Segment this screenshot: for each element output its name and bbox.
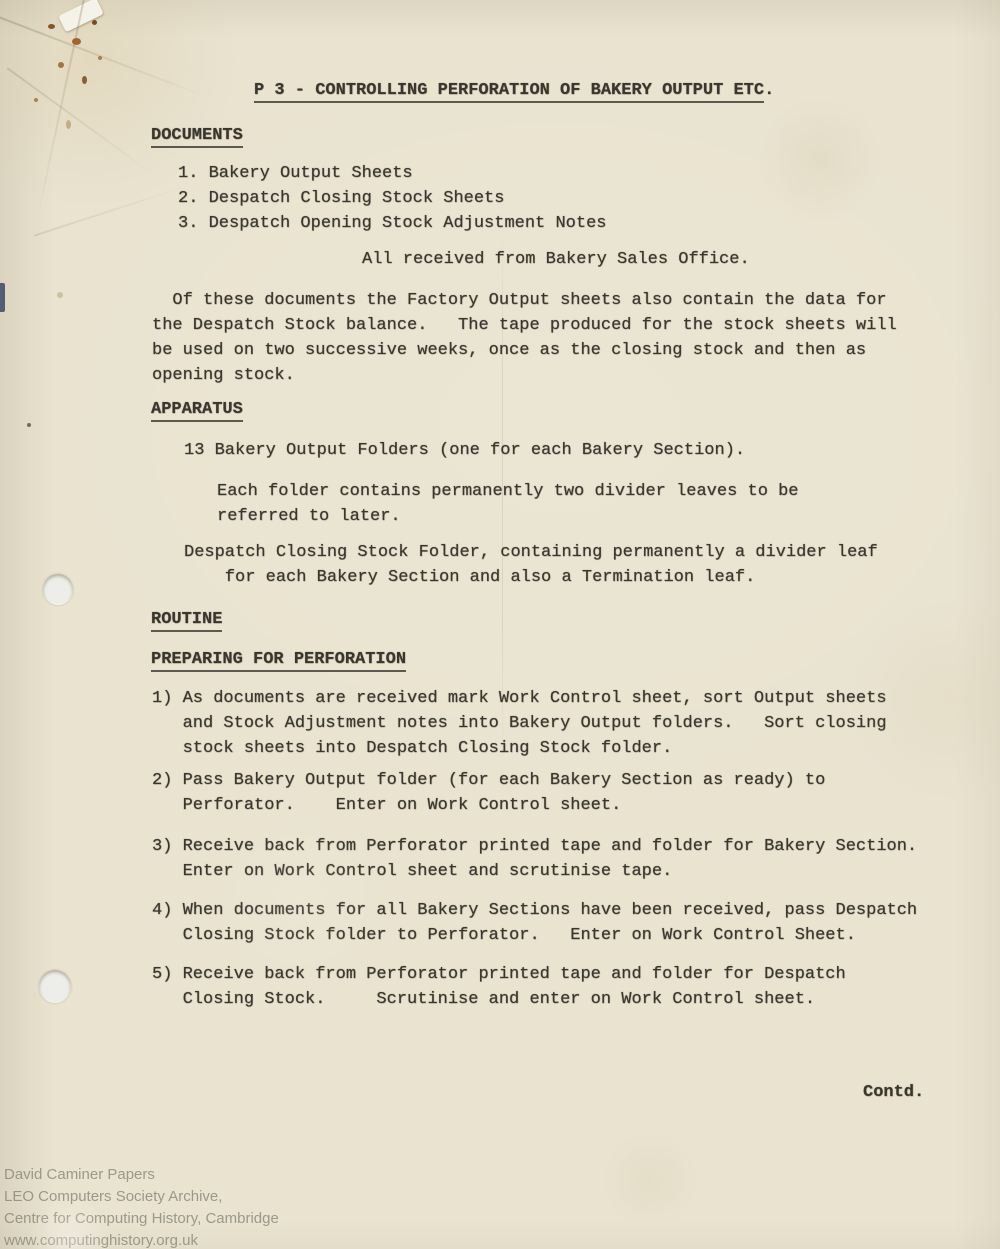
section-heading-routine: ROUTINE xyxy=(151,607,222,632)
rust-speck xyxy=(92,20,97,25)
apparatus-item-despatch-folder: Despatch Closing Stock Folder, containin… xyxy=(184,540,878,590)
paper-tear xyxy=(58,0,104,32)
document-title: P 3 - CONTROLLING PERFORATION OF BAKERY … xyxy=(254,78,774,103)
apparatus-note: Each folder contains permanently two div… xyxy=(217,479,799,529)
rust-speck xyxy=(57,292,63,298)
paper-crease xyxy=(34,185,187,236)
rust-speck xyxy=(72,38,81,45)
document-title-period: . xyxy=(764,81,774,100)
rust-speck xyxy=(48,24,55,29)
left-edge-mark xyxy=(0,283,5,312)
document-title-text: P 3 - CONTROLLING PERFORATION OF BAKERY … xyxy=(254,81,764,103)
hole-punch-top xyxy=(43,574,73,605)
apparatus-item-folders: 13 Bakery Output Folders (one for each B… xyxy=(184,438,745,463)
routine-step-3: 3) Receive back from Perforator printed … xyxy=(152,834,917,884)
rust-speck xyxy=(82,76,87,84)
routine-step-2: 2) Pass Bakery Output folder (for each B… xyxy=(152,768,825,818)
scanned-document-page: P 3 - CONTROLLING PERFORATION OF BAKERY … xyxy=(0,0,1000,1249)
section-heading-apparatus: APPARATUS xyxy=(151,397,243,422)
paper-crease xyxy=(0,14,208,98)
hole-punch-bottom xyxy=(39,970,71,1003)
rust-speck xyxy=(34,98,38,102)
continued-marker: Contd. xyxy=(863,1080,924,1105)
ink-speck xyxy=(27,423,31,427)
routine-step-4: 4) When documents for all Bakery Section… xyxy=(152,898,917,948)
paper-crease xyxy=(36,0,86,220)
section-heading-documents: DOCUMENTS xyxy=(151,123,243,148)
section-heading-preparing-for-perforation: PREPARING FOR PERFORATION xyxy=(151,647,406,672)
rust-speck xyxy=(98,56,102,60)
rust-speck xyxy=(66,120,71,129)
rust-speck xyxy=(58,62,64,68)
archive-watermark: David Caminer Papers LEO Computers Socie… xyxy=(4,1164,279,1249)
routine-step-1: 1) As documents are received mark Work C… xyxy=(152,686,887,761)
intro-paragraph: Of these documents the Factory Output sh… xyxy=(152,288,897,388)
received-note: All received from Bakery Sales Office. xyxy=(362,247,750,272)
documents-list: 1. Bakery Output Sheets 2. Despatch Clos… xyxy=(178,161,606,236)
paper-crease xyxy=(7,67,154,174)
routine-step-5: 5) Receive back from Perforator printed … xyxy=(152,962,846,1012)
